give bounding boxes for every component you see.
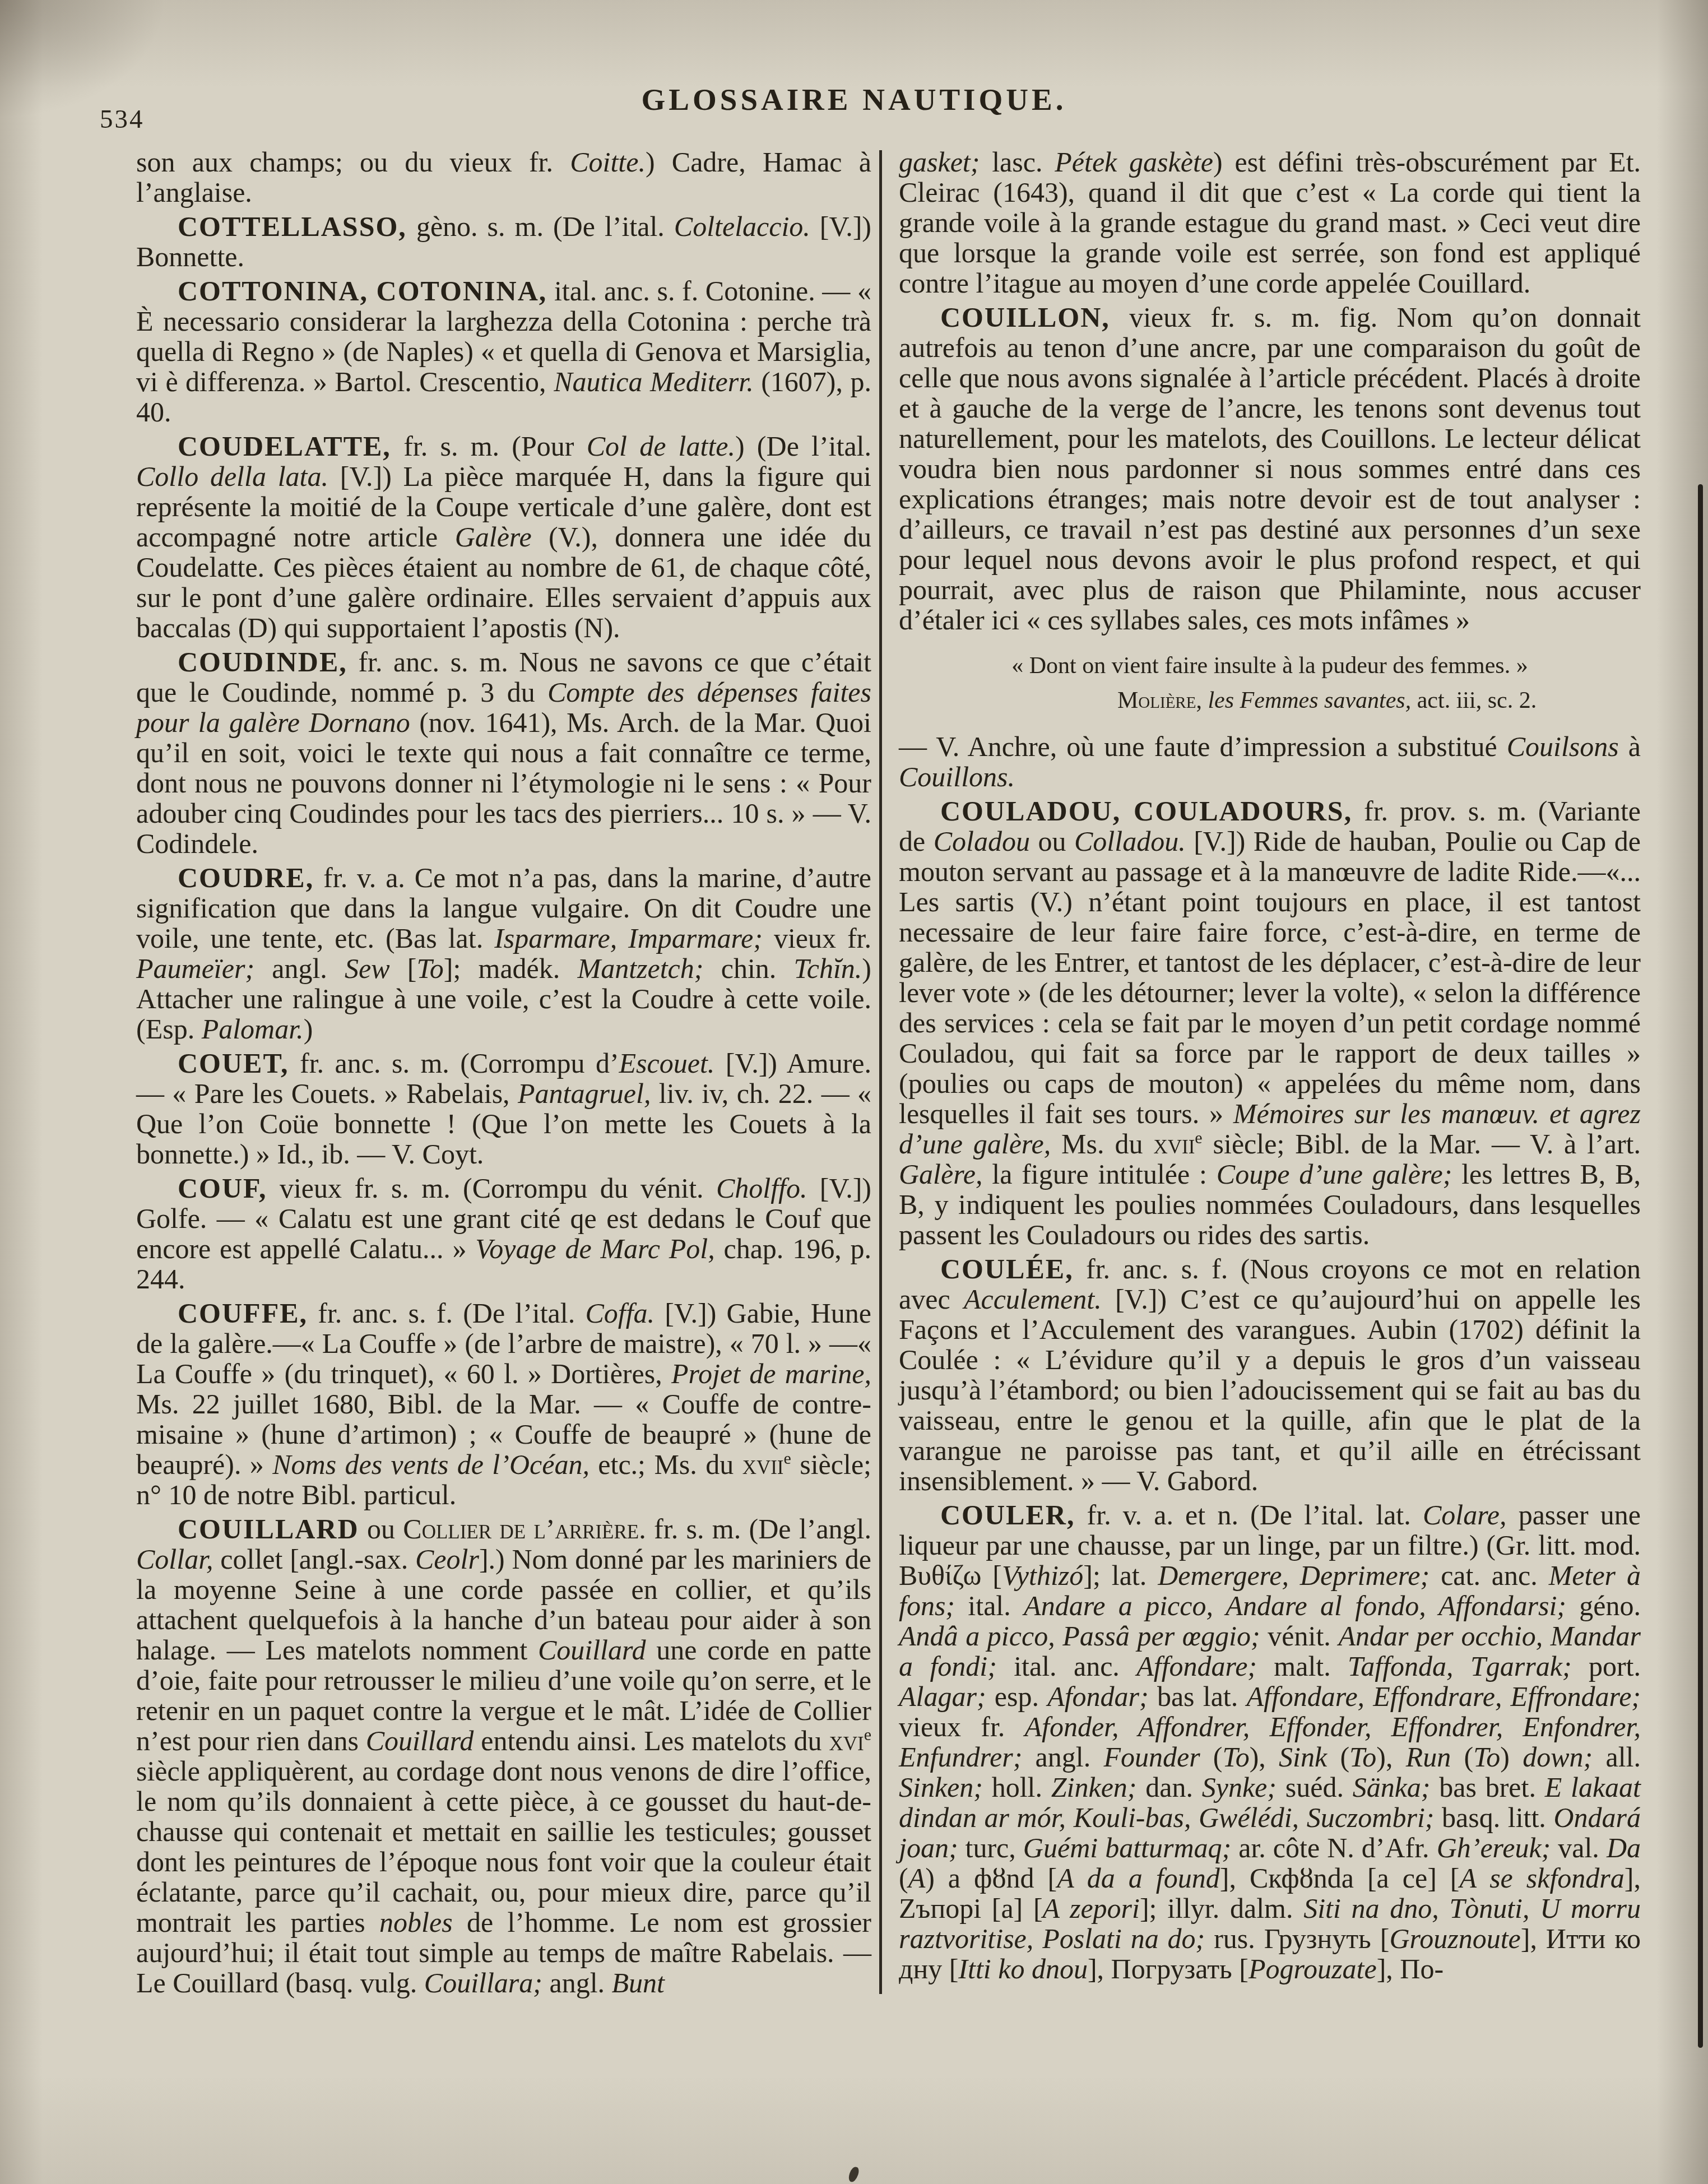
superscript-run: e — [864, 1726, 871, 1744]
smallcaps-run: Molière — [1117, 688, 1196, 713]
italic-run: Escouet. — [619, 1047, 715, 1079]
entry-headword: COUILLON, — [940, 302, 1110, 333]
italic-run: Galère, — [899, 1158, 983, 1190]
entry-paragraph: COUFFE, fr. anc. s. f. (De l’ital. Coffa… — [136, 1298, 871, 1510]
text-run: vieux fr. s. m. fig. Nom qu’on donnait a… — [899, 302, 1641, 636]
italic-run: Coffa. — [585, 1297, 655, 1329]
italic-run: nobles — [379, 1907, 453, 1938]
italic-run: Collar, — [136, 1543, 214, 1575]
italic-run: Coltelaccio. — [674, 211, 810, 242]
italic-run: Col de latte. — [587, 430, 735, 462]
italic-run: Paumeïer; — [136, 953, 254, 984]
italic-run: Noms des vents de l’Océan, — [272, 1449, 590, 1480]
italic-run: Synke; — [1202, 1772, 1277, 1803]
italic-run: Coupe d’une galère; — [1217, 1158, 1452, 1190]
italic-run: Sink — [1279, 1741, 1327, 1773]
text-run: géno. — [1566, 1590, 1641, 1621]
text-run: cat. anc. — [1429, 1560, 1548, 1591]
text-run: esp. — [986, 1681, 1048, 1712]
italic-run: To — [417, 953, 444, 984]
italic-run: Itti ko dnou — [958, 1953, 1088, 1984]
italic-run: Sänka; — [1353, 1772, 1431, 1803]
italic-run: To — [1349, 1741, 1376, 1773]
italic-run: Couillard — [366, 1725, 474, 1756]
text-run: angl. — [254, 953, 345, 984]
text-run: fr. anc. s. f. (De l’ital. — [308, 1297, 585, 1329]
entry-headword: COTTONINA, COTONINA, — [178, 275, 547, 307]
italic-run: Alagar; — [899, 1681, 986, 1712]
text-run: ( — [899, 1862, 908, 1894]
text-run: holl. — [983, 1772, 1051, 1803]
text-run: fr. v. a. et n. (De l’ital. lat. — [1075, 1499, 1423, 1531]
text-run: fr. s. m. (Pour — [391, 430, 587, 462]
cont-paragraph: gasket; lasc. Pétek gaskète) est défini … — [899, 147, 1641, 298]
text-run: , — [1196, 688, 1208, 713]
italic-run: Afondar; — [1047, 1681, 1149, 1712]
text-run: ital. — [955, 1590, 1024, 1621]
italic-run: Isparmare, Imparmare; — [494, 922, 763, 954]
text-run: entendu ainsi. Les matelots du — [474, 1725, 829, 1756]
italic-run: Colare, — [1423, 1499, 1507, 1531]
entry-headword: COUILLARD — [178, 1513, 359, 1545]
text-run: ) (De l’ital. — [735, 430, 871, 462]
text-run: ], Скфȣnda [a ce] [ — [1220, 1862, 1460, 1894]
italic-run: A zepori — [1043, 1893, 1140, 1924]
entry-paragraph: COUET, fr. anc. s. m. (Corrompu d’Escoue… — [136, 1048, 871, 1169]
text-run: ]; lat. — [1083, 1560, 1158, 1591]
italic-run: Pantagruel, — [518, 1078, 651, 1109]
entry-headword: COUFFE, — [178, 1297, 308, 1329]
smallcaps-run: xvii — [1153, 1128, 1195, 1160]
text-run: rus. Грузнуть [ — [1205, 1923, 1389, 1954]
text-run: ital. anc. — [997, 1650, 1136, 1682]
text-run: siècle; Bibl. de la Mar. — V. à l’art. — [1203, 1128, 1641, 1160]
text-run: gèno. s. m. (De l’ital. — [407, 211, 674, 242]
text-run: angl. — [542, 1967, 612, 1998]
entry-paragraph: COUDELATTE, fr. s. m. (Pour Col de latte… — [136, 431, 871, 643]
text-run: « Dont on vient faire insulte à la pudeu… — [1011, 653, 1528, 679]
left-column: son aux champs; ou du vieux fr. Coitte.)… — [136, 147, 871, 2002]
entry-headword: COULÉE, — [940, 1253, 1074, 1285]
italic-run: Run — [1406, 1741, 1451, 1773]
italic-run: Projet de marine, — [671, 1358, 871, 1389]
text-run: ]; madék. — [444, 953, 578, 984]
text-run: bas lat. — [1149, 1681, 1247, 1712]
entry-headword: COUDELATTE, — [178, 430, 391, 462]
text-run: val. — [1551, 1832, 1607, 1863]
entry-paragraph: COUDINDE, fr. anc. s. m. Nous ne savons … — [136, 647, 871, 859]
italic-run: Palomar. — [202, 1013, 304, 1045]
italic-run: Affondare; — [1136, 1650, 1257, 1682]
text-run: — V. Anchre, où une faute d’impression a… — [899, 731, 1507, 762]
text-run: ou — [1030, 826, 1074, 857]
text-run: ar. côte N. d’Afr. — [1231, 1832, 1436, 1863]
book-edge-shadow — [1698, 484, 1703, 2048]
text-run: à — [1619, 731, 1641, 762]
text-run: malt. — [1257, 1650, 1348, 1682]
cont-paragraph: son aux champs; ou du vieux fr. Coitte.)… — [136, 147, 871, 207]
entry-headword: COUDRE, — [178, 862, 314, 893]
italic-run: Guémi batturmaq; — [1023, 1832, 1231, 1863]
text-run: act. iii, sc. 2. — [1411, 688, 1537, 713]
italic-run: Pétek gaskète — [1055, 146, 1213, 178]
text-run: ], По- — [1377, 1953, 1444, 1984]
italic-run: gasket; — [899, 146, 980, 178]
italic-run: Coitte. — [570, 146, 646, 178]
italic-run: A se skfondra — [1460, 1862, 1625, 1894]
italic-run: Sinken; — [899, 1772, 983, 1803]
text-run: angl. — [1022, 1741, 1103, 1773]
italic-run: Taffonda, Tgarrak; — [1348, 1650, 1571, 1682]
text-run: port. — [1572, 1650, 1641, 1682]
smallcaps-run: Collier de l’arrière. — [403, 1513, 646, 1545]
italic-run: Grouznoute — [1389, 1923, 1520, 1954]
attrib-paragraph: Molière, les Femmes savantes, act. iii, … — [899, 687, 1641, 715]
text-run: ], Погрузать [ — [1088, 1953, 1248, 1984]
superscript-run: e — [1195, 1129, 1202, 1147]
text-run: ) — [304, 1013, 313, 1045]
italic-run: Collo della lata. — [136, 461, 328, 492]
italic-run: Couillara; — [424, 1967, 542, 1998]
text-run: dan. — [1137, 1772, 1202, 1803]
italic-run: Galère — [455, 521, 532, 553]
italic-run: Couillons. — [899, 761, 1015, 792]
italic-run: Demergere, Deprimere; — [1158, 1560, 1429, 1591]
italic-run: Andâ a picco, Passâ per œggio; — [899, 1620, 1260, 1652]
italic-run: Voyage de Marc Pol, — [475, 1233, 714, 1264]
text-run: basq. litt. — [1434, 1802, 1553, 1833]
italic-run: Zinken; — [1051, 1772, 1137, 1803]
italic-run: Acculement. — [964, 1283, 1102, 1315]
text-run: ) a фȣnd [ — [925, 1862, 1057, 1894]
entry-paragraph: COULÉE, fr. anc. s. f. (Nous croyons ce … — [899, 1254, 1641, 1496]
smallcaps-run: xvi — [829, 1725, 864, 1756]
text-run: ]; illyr. dalm. — [1140, 1893, 1303, 1924]
text-run: suéd. — [1277, 1772, 1353, 1803]
italic-run: Cholffo. — [716, 1172, 807, 1204]
italic-run: down; — [1523, 1741, 1593, 1773]
entry-paragraph: COTTONINA, COTONINA, ital. anc. s. f. Co… — [136, 276, 871, 427]
italic-run: Tchĭn. — [794, 953, 862, 984]
smallcaps-run: xvii — [742, 1449, 784, 1480]
italic-run: To — [1473, 1741, 1500, 1773]
text-run: turc, — [958, 1832, 1023, 1863]
entry-paragraph: COULADOU, COULADOURS, fr. prov. s. m. (V… — [899, 796, 1641, 1250]
superscript-run: e — [784, 1449, 791, 1468]
text-run: Ms. du — [1051, 1128, 1153, 1160]
text-run: ), — [1376, 1741, 1405, 1773]
italic-run: Da — [1607, 1832, 1641, 1863]
italic-run: Affondare, Effondrare, Effrondare; — [1246, 1681, 1641, 1712]
text-run: fr. anc. s. m. (Corrompu d’ — [289, 1047, 619, 1079]
ink-speck — [847, 2166, 860, 2183]
entry-headword: COULER, — [940, 1499, 1075, 1531]
running-title: GLOSSAIRE NAUTIQUE. — [0, 82, 1708, 117]
entry-paragraph: COTTELLASSO, gèno. s. m. (De l’ital. Col… — [136, 211, 871, 272]
italic-run: A da a found — [1057, 1862, 1220, 1894]
italic-run: Colladou. — [1074, 826, 1186, 857]
text-run: ou — [359, 1513, 403, 1545]
entry-paragraph: COUF, vieux fr. s. m. (Corrompu du vénit… — [136, 1173, 871, 1294]
italic-run: Vythizó — [1002, 1560, 1083, 1591]
text-run: son aux champs; ou du vieux fr. — [136, 146, 570, 178]
italic-run: Couillard — [538, 1634, 646, 1666]
text-run: fr. s. m. (De l’angl. — [646, 1513, 871, 1545]
text-run: lasc. — [980, 146, 1055, 178]
italic-run: Couilsons — [1507, 731, 1619, 762]
text-run: bas bret. — [1431, 1772, 1545, 1803]
text-run: ), — [1250, 1741, 1279, 1773]
cont-paragraph: — V. Anchre, où une faute d’impression a… — [899, 731, 1641, 792]
italic-run: Ceolr — [415, 1543, 479, 1575]
entry-headword: COUF, — [178, 1172, 267, 1204]
column-divider-rule — [879, 150, 882, 1994]
entry-headword: COUET, — [178, 1047, 289, 1079]
text-run: [V.]) Ride de hauban, Poulie ou Cap de m… — [899, 826, 1641, 1129]
italic-run: Pogrouzate — [1248, 1953, 1377, 1984]
entry-paragraph: COUILLON, vieux fr. s. m. fig. Nom qu’on… — [899, 302, 1641, 635]
italic-run: Coladou — [934, 826, 1030, 857]
text-run: la figure intitulée : — [983, 1158, 1217, 1190]
entry-paragraph: COULER, fr. v. a. et n. (De l’ital. lat.… — [899, 1500, 1641, 1984]
entry-paragraph: COUILLARD ou Collier de l’arrière. fr. s… — [136, 1514, 871, 1998]
entry-headword: COULADOU, COULADOURS, — [940, 795, 1352, 827]
text-run: chin. — [703, 953, 793, 984]
text-run: vieux fr. — [763, 922, 871, 954]
entry-headword: COTTELLASSO, — [178, 211, 407, 242]
italic-run: Sew — [345, 953, 390, 984]
text-run: [V.]) C’est ce qu’aujourd’hui on appelle… — [899, 1283, 1641, 1496]
entry-paragraph: COUDRE, fr. v. a. Ce mot n’a pas, dans l… — [136, 863, 871, 1044]
right-column: gasket; lasc. Pétek gaskète) est défini … — [899, 147, 1641, 1988]
text-run: vieux fr. — [899, 1711, 1024, 1742]
italic-run: les Femmes savantes, — [1208, 688, 1411, 713]
text-run: ( — [1200, 1741, 1223, 1773]
text-run: vieux fr. s. m. (Corrompu du vénit. — [267, 1172, 716, 1204]
text-run: vénit. — [1260, 1620, 1339, 1652]
text-run: ( — [1327, 1741, 1349, 1773]
italic-run: A — [908, 1862, 926, 1894]
scanned-book-page: 534 GLOSSAIRE NAUTIQUE. son aux champs; … — [0, 0, 1708, 2184]
text-run: ( — [1451, 1741, 1473, 1773]
text-run: ) — [1500, 1741, 1523, 1773]
italic-run: Bunt — [612, 1967, 665, 1998]
verse-paragraph: « Dont on vient faire insulte à la pudeu… — [899, 652, 1641, 680]
italic-run: To — [1223, 1741, 1250, 1773]
text-run: etc.; Ms. du — [590, 1449, 742, 1480]
italic-run: Nautica Mediterr. — [554, 366, 754, 397]
italic-run: Andare a picco, Andare al fondo, Affonda… — [1024, 1590, 1566, 1621]
italic-run: Mantzetch; — [578, 953, 704, 984]
text-run: collet [angl.-sax. — [214, 1543, 415, 1575]
entry-headword: COUDINDE, — [178, 646, 347, 678]
italic-run: Gh’ereuk; — [1437, 1832, 1551, 1863]
text-run: [ — [390, 953, 417, 984]
italic-run: Founder — [1103, 1741, 1200, 1773]
text-run: all. — [1593, 1741, 1641, 1773]
